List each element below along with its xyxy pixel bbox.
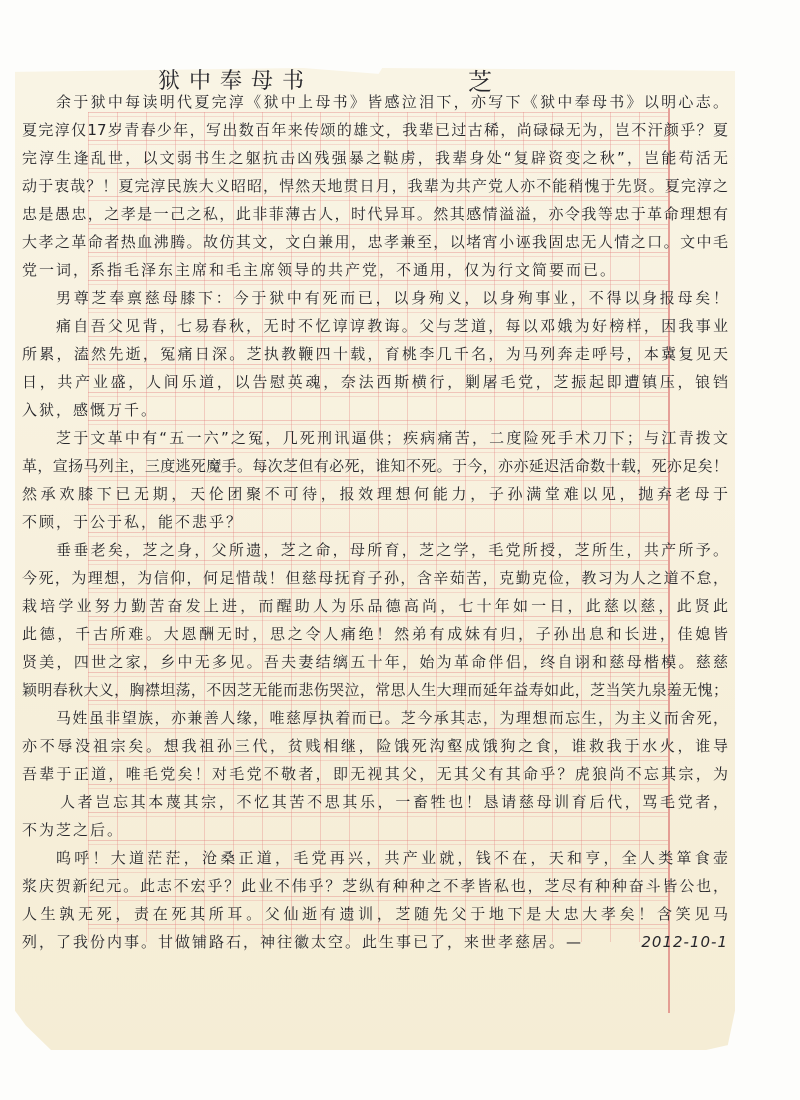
- text-line: 呜呼！大道茫茫，沧桑正道，毛党再兴，共产业就，钱不在，天和亨，全人类箪食壶: [22, 844, 728, 872]
- text-line: 亦不辱没祖宗矣。想我祖孙三代，贫贱相继，险饿死沟壑成饿狗之食，谁救我于水火，谁导: [22, 732, 728, 760]
- text-line: 不为芝之后。: [22, 816, 728, 844]
- text-line: 此德，千古所难。大恩酬无时，思之令人痛绝！然弟有成妹有归，子孙出息和长进，佳媳皆: [22, 620, 728, 648]
- salutation-line: 男尊芝奉禀慈母膝下：今于狱中有死而已，以身殉义，以身殉事业，不得以身报母矣！: [22, 284, 728, 312]
- text-line: 人生孰无死，责在死其所耳。父仙逝有遗训，芝随先父于地下是大忠大孝矣！含笑见马: [22, 900, 728, 928]
- text-line: 贤美，四世之家，乡中无多见。吾夫妻结缡五十年，始为革命伴侣，终自诩和慈母楷模。慈…: [22, 648, 728, 676]
- text-line: 今死，为理想，为信仰，何足惜哉！但慈母抚育子孙，含辛茹苦，克勤克俭，教习为人之道…: [22, 564, 728, 592]
- text-line: 余于狱中每读明代夏完淳《狱中上母书》皆感泣泪下，亦写下《狱中奉母书》以明心志。: [22, 88, 728, 116]
- letter-body: 余于狱中每读明代夏完淳《狱中上母书》皆感泣泪下，亦写下《狱中奉母书》以明心志。 …: [22, 88, 728, 956]
- text-line: 夏完淳仅17岁青春少年，写出数百年来传颂的雄文，我辈已过古稀，尚碌碌无为，岂不汗…: [22, 116, 728, 144]
- text-line: 垂垂老矣，芝之身，父所遗，芝之命，母所育，芝之学，毛党所授，芝所生，共产所予。: [22, 536, 728, 564]
- text-line: 入狱，感慨万千。: [22, 396, 728, 424]
- text-line: 所累，溘然先逝，冤痛日深。芝执教鞭四十载，育桃李几千名，为马列奔走呼号，本冀复见…: [22, 340, 728, 368]
- text-line: 大孝之革命者热血沸腾。故仿其文，文白兼用，忠孝兼至，以堵宵小诬我固忠无人情之口。…: [22, 228, 728, 256]
- text-line: 忠是愚忠，之孝是一己之私，此非菲薄古人，时代异耳。然其感情溢溢，亦令我等忠于革命…: [22, 200, 728, 228]
- text-line: 吾辈于正道，唯毛党矣！对毛党不敬者，即无视其父，无其父有其命乎？虎狼尚不忘其宗，…: [22, 760, 728, 788]
- text-line: 浆庆贺新纪元。此志不宏乎？此业不伟乎？芝纵有种种之不孝皆私也，芝尽有种种奋斗皆公…: [22, 872, 728, 900]
- text-line: 马姓虽非望族，亦兼善人缘，唯慈厚执着而已。芝今承其志，为理想而忘生，为主义而舍死…: [22, 704, 728, 732]
- text-line: 动于衷哉？！夏完淳民族大义昭昭，悍然天地贯日月，我辈为共产党人亦不能稍愧于先贤。…: [22, 172, 728, 200]
- closing-text: 列，了我份内事。甘做铺路石，神往徽太空。此生事已了，来世孝慈居。—: [22, 928, 583, 956]
- text-line: 完淳生逢乱世，以文弱书生之躯抗击凶残强暴之鞑虏，我辈身处“复辟资变之秋”，岂能苟…: [22, 144, 728, 172]
- text-line: 人者岂忘其本蔑其宗，不忆其苦不思其乐，一畜牲也！恳请慈母训育后代，骂毛党者，: [22, 788, 728, 816]
- text-line: 不顾，于公于私，能不悲乎？: [22, 508, 728, 536]
- signature-date: 2012-10-1: [641, 928, 728, 956]
- text-line: 颖明春秋大义，胸襟坦荡，不因芝无能而悲伤哭泣，常思人生大理而延年益寿如此，芝当笑…: [22, 676, 728, 704]
- text-line: 栽培学业努力勤苦奋发上进，而醒助人为乐品德高尚，七十年如一日，此慈以慈，此贤此: [22, 592, 728, 620]
- closing-line: 列，了我份内事。甘做铺路石，神往徽太空。此生事已了，来世孝慈居。— 2012-1…: [22, 928, 728, 956]
- text-line: 然承欢膝下已无期，天伦团聚不可待，报效理想何能力，子孙满堂难以见，抛弃老母于: [22, 480, 728, 508]
- text-line: 痛自吾父见背，七易春秋，无时不忆谆谆教诲。父与芝道，每以邓娥为好榜样，因我事业: [22, 312, 728, 340]
- text-line: 党一词，系指毛泽东主席和毛主席领导的共产党，不通用，仅为行文简要而已。: [22, 256, 728, 284]
- text-line: 革，宣扬马列主，三度逃死魔手。每次芝但有必死，谁知不死。于今，亦亦延迟活命数十载…: [22, 452, 728, 480]
- text-line: 芝于文革中有“五一六”之冤，几死刑讯逼供；疾病痛苦，二度险死手术刀下；与江青拨文: [22, 424, 728, 452]
- text-line: 日，共产业盛，人间乐道，以告慰英魂，奈法西斯横行，剿屠毛党，芝振起即遭镇压，锒铛: [22, 368, 728, 396]
